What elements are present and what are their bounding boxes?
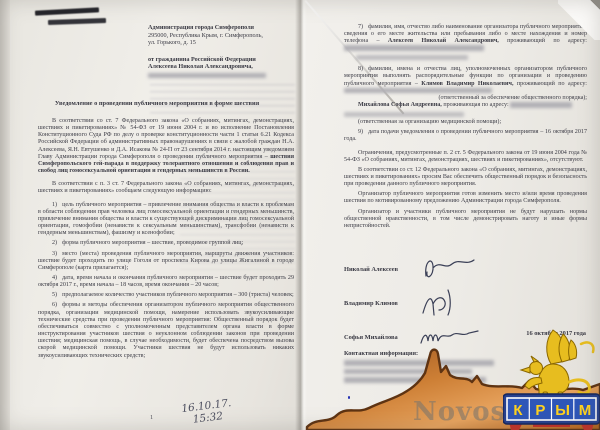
signature-row: Владимир Климов: [344, 286, 587, 320]
list-item: 5)предполагаемое количество участников п…: [38, 292, 294, 299]
list-item: 3)место (места) проведения публичного ме…: [38, 251, 294, 272]
recipient-line: Администрация города Симферополя: [148, 24, 300, 32]
paragraph-restrictions: Ограничения, предусмотренные п. 2 ст. 5 …: [344, 150, 587, 164]
right-page-body: 7)фамилия, имя, отчество либо наименован…: [344, 24, 587, 230]
list-item-continued: Михайлова Софья Андреевна, проживающая п…: [344, 102, 587, 109]
signature-row: Николай Алексеев: [344, 252, 587, 286]
list-item: 7)фамилия, имя, отчество либо наименован…: [344, 24, 587, 53]
paragraph-info-intro: В соответствии с п. 3 ст. 7 Федерального…: [38, 181, 294, 195]
handwritten-timestamp: 16.10.17. 15:32: [181, 397, 234, 427]
paragraph-readiness: Организатор публичного мероприятия готов…: [344, 191, 587, 205]
sender-line: от гражданина Российской Федерации: [148, 56, 300, 64]
document-title: Уведомление о проведении публичного меро…: [18, 100, 296, 107]
recipient-line: ул. Горького, д. 15: [148, 39, 300, 47]
list-item: 9)дата подачи уведомления о проведении п…: [344, 129, 587, 143]
paragraph-security-request: В соответствии со ст. 12 Федерального за…: [344, 167, 587, 188]
recipient-line: 295000, Республика Крым, г. Симферополь,: [148, 32, 300, 40]
list-item: 4)дата, время начала и окончания публичн…: [38, 275, 294, 289]
redacted-address: [356, 55, 468, 61]
scan-edge-shadow: [0, 0, 10, 430]
signature-alekseev-icon: [418, 254, 480, 284]
pen-mark-bottom: [48, 18, 106, 25]
logo-letter: Р: [535, 402, 545, 419]
list-item: 6)формы и методы обеспечения организатор…: [38, 302, 294, 359]
list-item: 2)форма публичного мероприятия – шествие…: [38, 240, 294, 247]
krym-ribbon: К Р Ы М: [503, 394, 600, 430]
list-item: 1)цель публичного мероприятия – привлече…: [38, 202, 294, 238]
logo-letter: К: [513, 402, 523, 419]
sender-line: Алексеева Николая Александровича,: [148, 63, 300, 71]
paragraph-legal-basis: В соответствии со ст. 7 Федерального зак…: [38, 118, 294, 175]
redacted-address: [344, 88, 492, 94]
page-curl-corner: [558, 0, 600, 40]
recipient-block: Администрация города Симферополя 295000,…: [148, 24, 300, 79]
logo-letter: Ы: [555, 402, 570, 419]
left-page-body: В соответствии со ст. 7 Федерального зак…: [38, 118, 294, 360]
pen-mark-top: [35, 7, 99, 15]
redacted-address: [344, 45, 484, 51]
redacted-address: [510, 102, 572, 108]
logo-letter: М: [579, 402, 592, 419]
ink-dot: [348, 396, 350, 399]
redacted-address: [344, 112, 464, 118]
list-item: 8)фамилии, имена и отчества лиц, уполном…: [344, 66, 587, 95]
griffin-icon: К Р Ы М: [503, 326, 600, 430]
redacted-address: [148, 73, 266, 79]
paragraph-morality: Организатор и участники публичного мероп…: [344, 209, 587, 230]
page-number: 1: [150, 414, 153, 421]
bleed-through-text: [150, 84, 295, 114]
krym-logo: К Р Ы М: [503, 326, 600, 430]
signature-klimov-icon: [418, 287, 464, 319]
page-left: Администрация города Симферополя 295000,…: [10, 0, 304, 430]
signer-name: Николай Алексеев: [344, 266, 418, 273]
signer-name: Владимир Климов: [344, 300, 418, 307]
role-note: (ответственная за организацию медицинско…: [344, 119, 587, 126]
scanned-document: Администрация города Симферополя 295000,…: [0, 0, 600, 430]
